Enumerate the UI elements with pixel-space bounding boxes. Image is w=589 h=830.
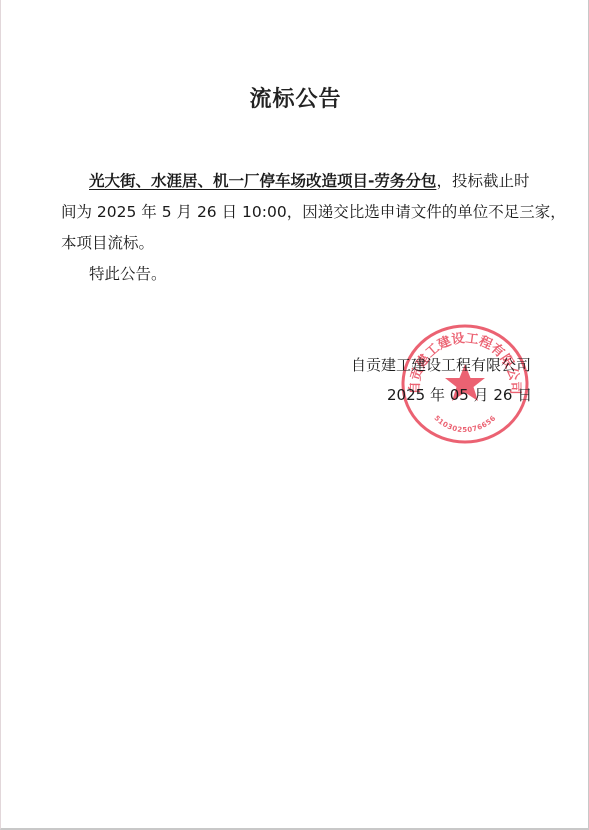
project-name: 光大街、水涯居、机一厂停车场改造项目-劳务分包 (89, 172, 436, 190)
document-page: 流标公告 光大街、水涯居、机一厂停车场改造项目-劳务分包，投标截止时 间为 20… (0, 0, 589, 830)
body-line-3: 本项目流标。 (61, 228, 154, 259)
stamp-number: 5103025076656 (432, 414, 497, 434)
closing-line: 特此公告。 (89, 259, 167, 290)
body-line-1: 光大街、水涯居、机一厂停车场改造项目-劳务分包，投标截止时 (89, 166, 529, 197)
signature-date: 2025 年 05 月 26 日 (387, 384, 532, 405)
body-line-1-suffix: ，投标截止时 (436, 172, 529, 190)
body-line-2: 间为 2025 年 5 月 26 日 10:00，因递交比选申请文件的单位不足三… (61, 197, 566, 228)
document-title: 流标公告 (1, 82, 589, 113)
signature-company: 自贡建工建设工程有限公司 (351, 354, 531, 375)
